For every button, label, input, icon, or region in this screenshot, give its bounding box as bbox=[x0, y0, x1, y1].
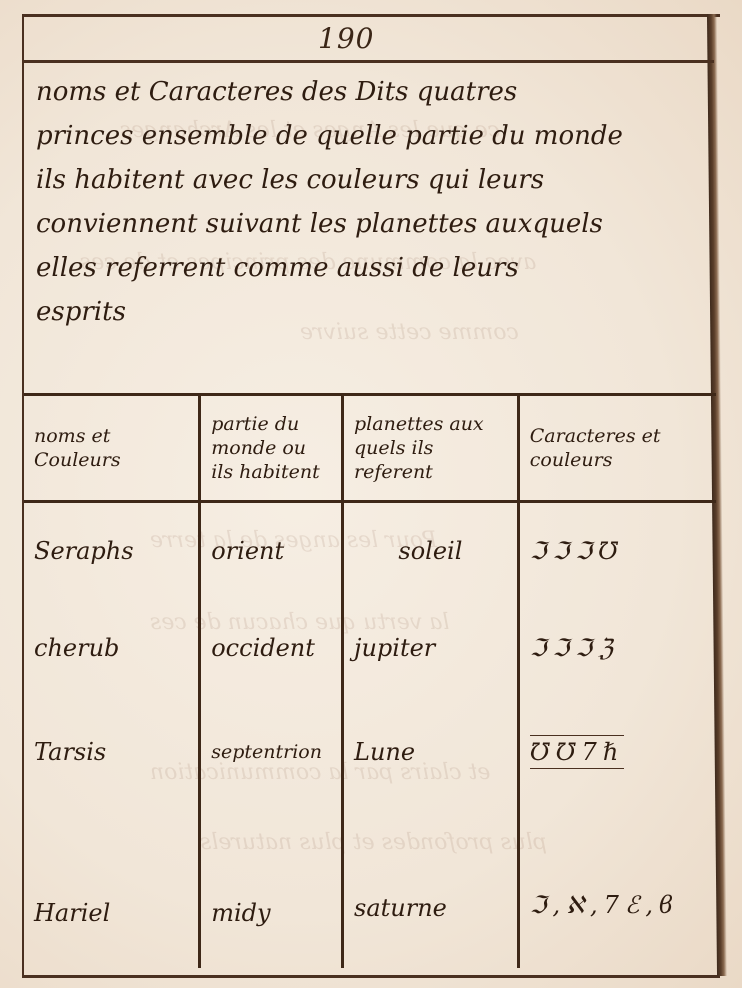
cell-region: occident bbox=[200, 600, 343, 696]
table-row: Seraphs orient soleil ℑℑℑ℧ bbox=[24, 502, 716, 600]
intro-paragraph: noms et Caracteres des Dits quatres prin… bbox=[36, 70, 716, 334]
cell-region: orient bbox=[200, 502, 343, 600]
table-header-row: noms et Couleurs partie du monde ou ils … bbox=[24, 395, 716, 502]
cell-planet: saturne bbox=[343, 808, 519, 968]
table-row: cherub occident jupiter ℑℑℑℨ bbox=[24, 600, 716, 696]
intro-line: esprits bbox=[36, 290, 716, 334]
cell-planet: Lune bbox=[343, 696, 519, 808]
spirits-table: noms et Couleurs partie du monde ou ils … bbox=[24, 393, 716, 968]
header-planet: planettes aux quels ils referent bbox=[343, 395, 519, 502]
header-region: partie du monde ou ils habitent bbox=[200, 395, 343, 502]
header-characters: Caracteres et couleurs bbox=[518, 395, 716, 502]
intro-line: elles referrent comme aussi de leurs bbox=[36, 246, 716, 290]
header-rule bbox=[22, 60, 714, 63]
table-row: Tarsis septentrion Lune ℧℧7ℏ bbox=[24, 696, 716, 808]
page-number: 190 bbox=[318, 22, 374, 55]
cell-planet: soleil bbox=[343, 502, 519, 600]
cell-planet: jupiter bbox=[343, 600, 519, 696]
cell-region: midy bbox=[200, 808, 343, 968]
cell-name: Hariel bbox=[24, 808, 200, 968]
cell-region: septentrion bbox=[200, 696, 343, 808]
header-names: noms et Couleurs bbox=[24, 395, 200, 502]
cell-characters: ℑℑℑ℧ bbox=[518, 502, 716, 600]
cell-characters: ℧℧7ℏ bbox=[518, 696, 716, 808]
cell-characters: ℑℑℑℨ bbox=[518, 600, 716, 696]
intro-line: conviennent suivant les planettes auxque… bbox=[36, 202, 716, 246]
intro-line: noms et Caracteres des Dits quatres bbox=[36, 70, 716, 114]
intro-line: princes ensemble de quelle partie du mon… bbox=[36, 114, 716, 158]
cell-characters: ℑ,ℵ,7ℰ,ϐ bbox=[518, 808, 716, 968]
cell-name: Tarsis bbox=[24, 696, 200, 808]
manuscript-page: ce que les Anges et les Archanges avec l… bbox=[0, 0, 742, 988]
table-row: Hariel midy saturne ℑ,ℵ,7ℰ,ϐ bbox=[24, 808, 716, 968]
characters-glyphs: ℧℧7ℏ bbox=[530, 735, 625, 769]
cell-name: Seraphs bbox=[24, 502, 200, 600]
cell-name: cherub bbox=[24, 600, 200, 696]
intro-line: ils habitent avec les couleurs qui leurs bbox=[36, 158, 716, 202]
